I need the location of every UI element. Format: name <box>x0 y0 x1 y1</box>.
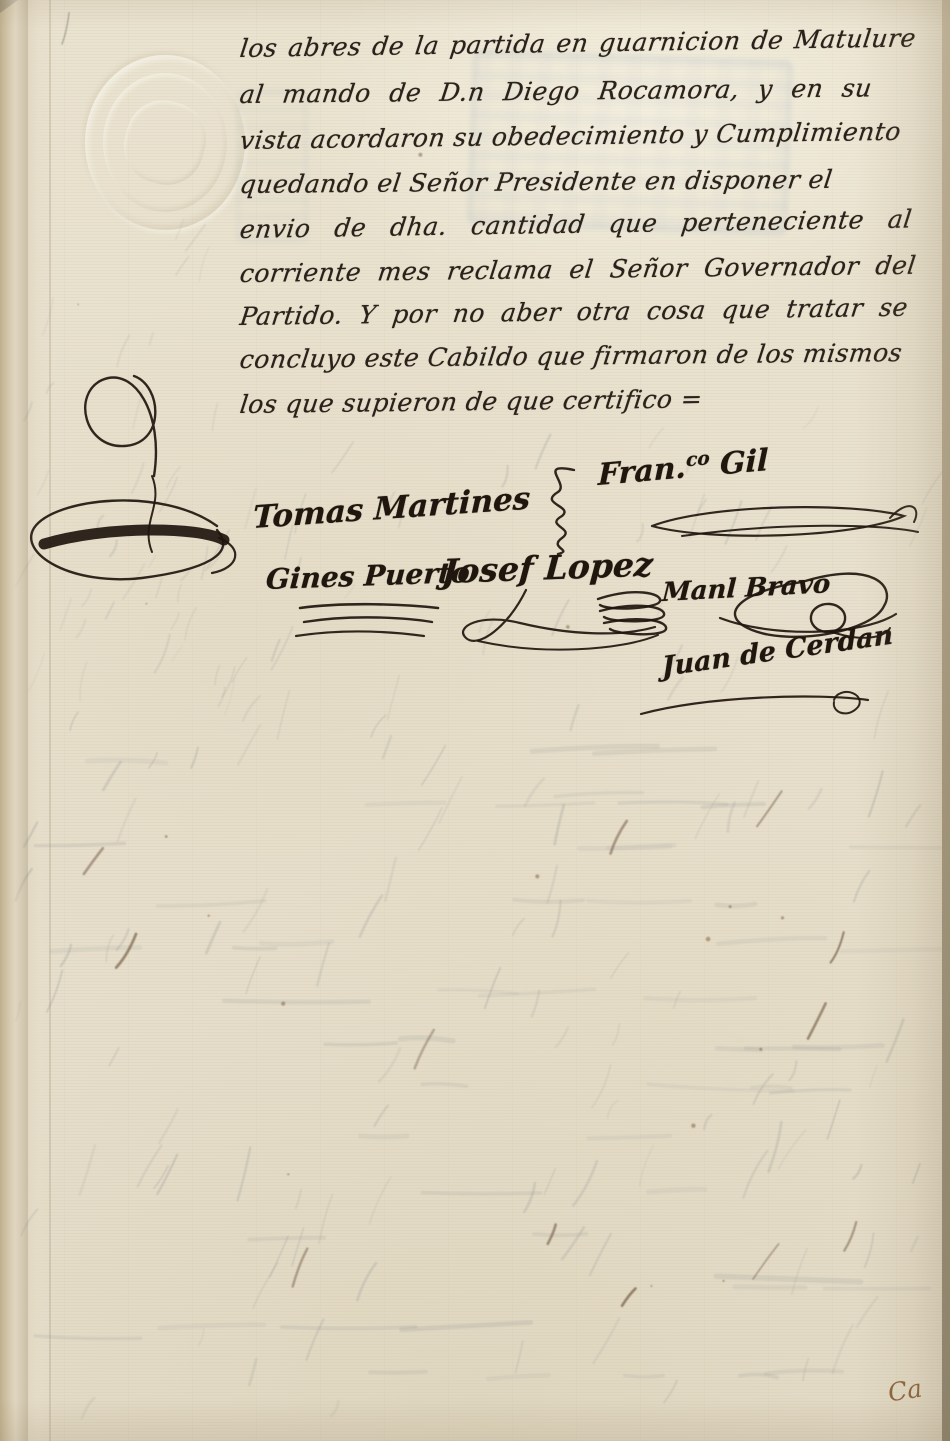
signature-gil-name: Gil <box>720 443 769 482</box>
cerdan-underline-flourish <box>636 688 881 730</box>
manuscript-line: concluyo este Cabildo que firmaron de lo… <box>238 334 895 378</box>
martines-rubric-flourish <box>528 462 592 558</box>
page-edge <box>942 0 950 1441</box>
manuscript-line: vista acordaron su obedecimiento y Cumpl… <box>238 114 791 159</box>
signature-gil-superscript: co <box>686 448 710 471</box>
manuscript-line: quedando el Señor Presidente en disponer… <box>238 161 809 203</box>
puerto-underline-flourish <box>292 600 447 648</box>
manuscript-page: los abres de la partida en guarnicion de… <box>0 0 950 1441</box>
gil-rubric-flourish <box>640 496 925 552</box>
catchword: Ca <box>886 1374 924 1408</box>
manuscript-line: los que supieron de que certifico = <box>238 380 698 423</box>
manuscript-line: al mando de D.n Diego Rocamora, y en su <box>238 69 875 113</box>
lopez-rubric-flourish <box>448 585 673 663</box>
notary-rubric-flourish <box>12 358 262 638</box>
